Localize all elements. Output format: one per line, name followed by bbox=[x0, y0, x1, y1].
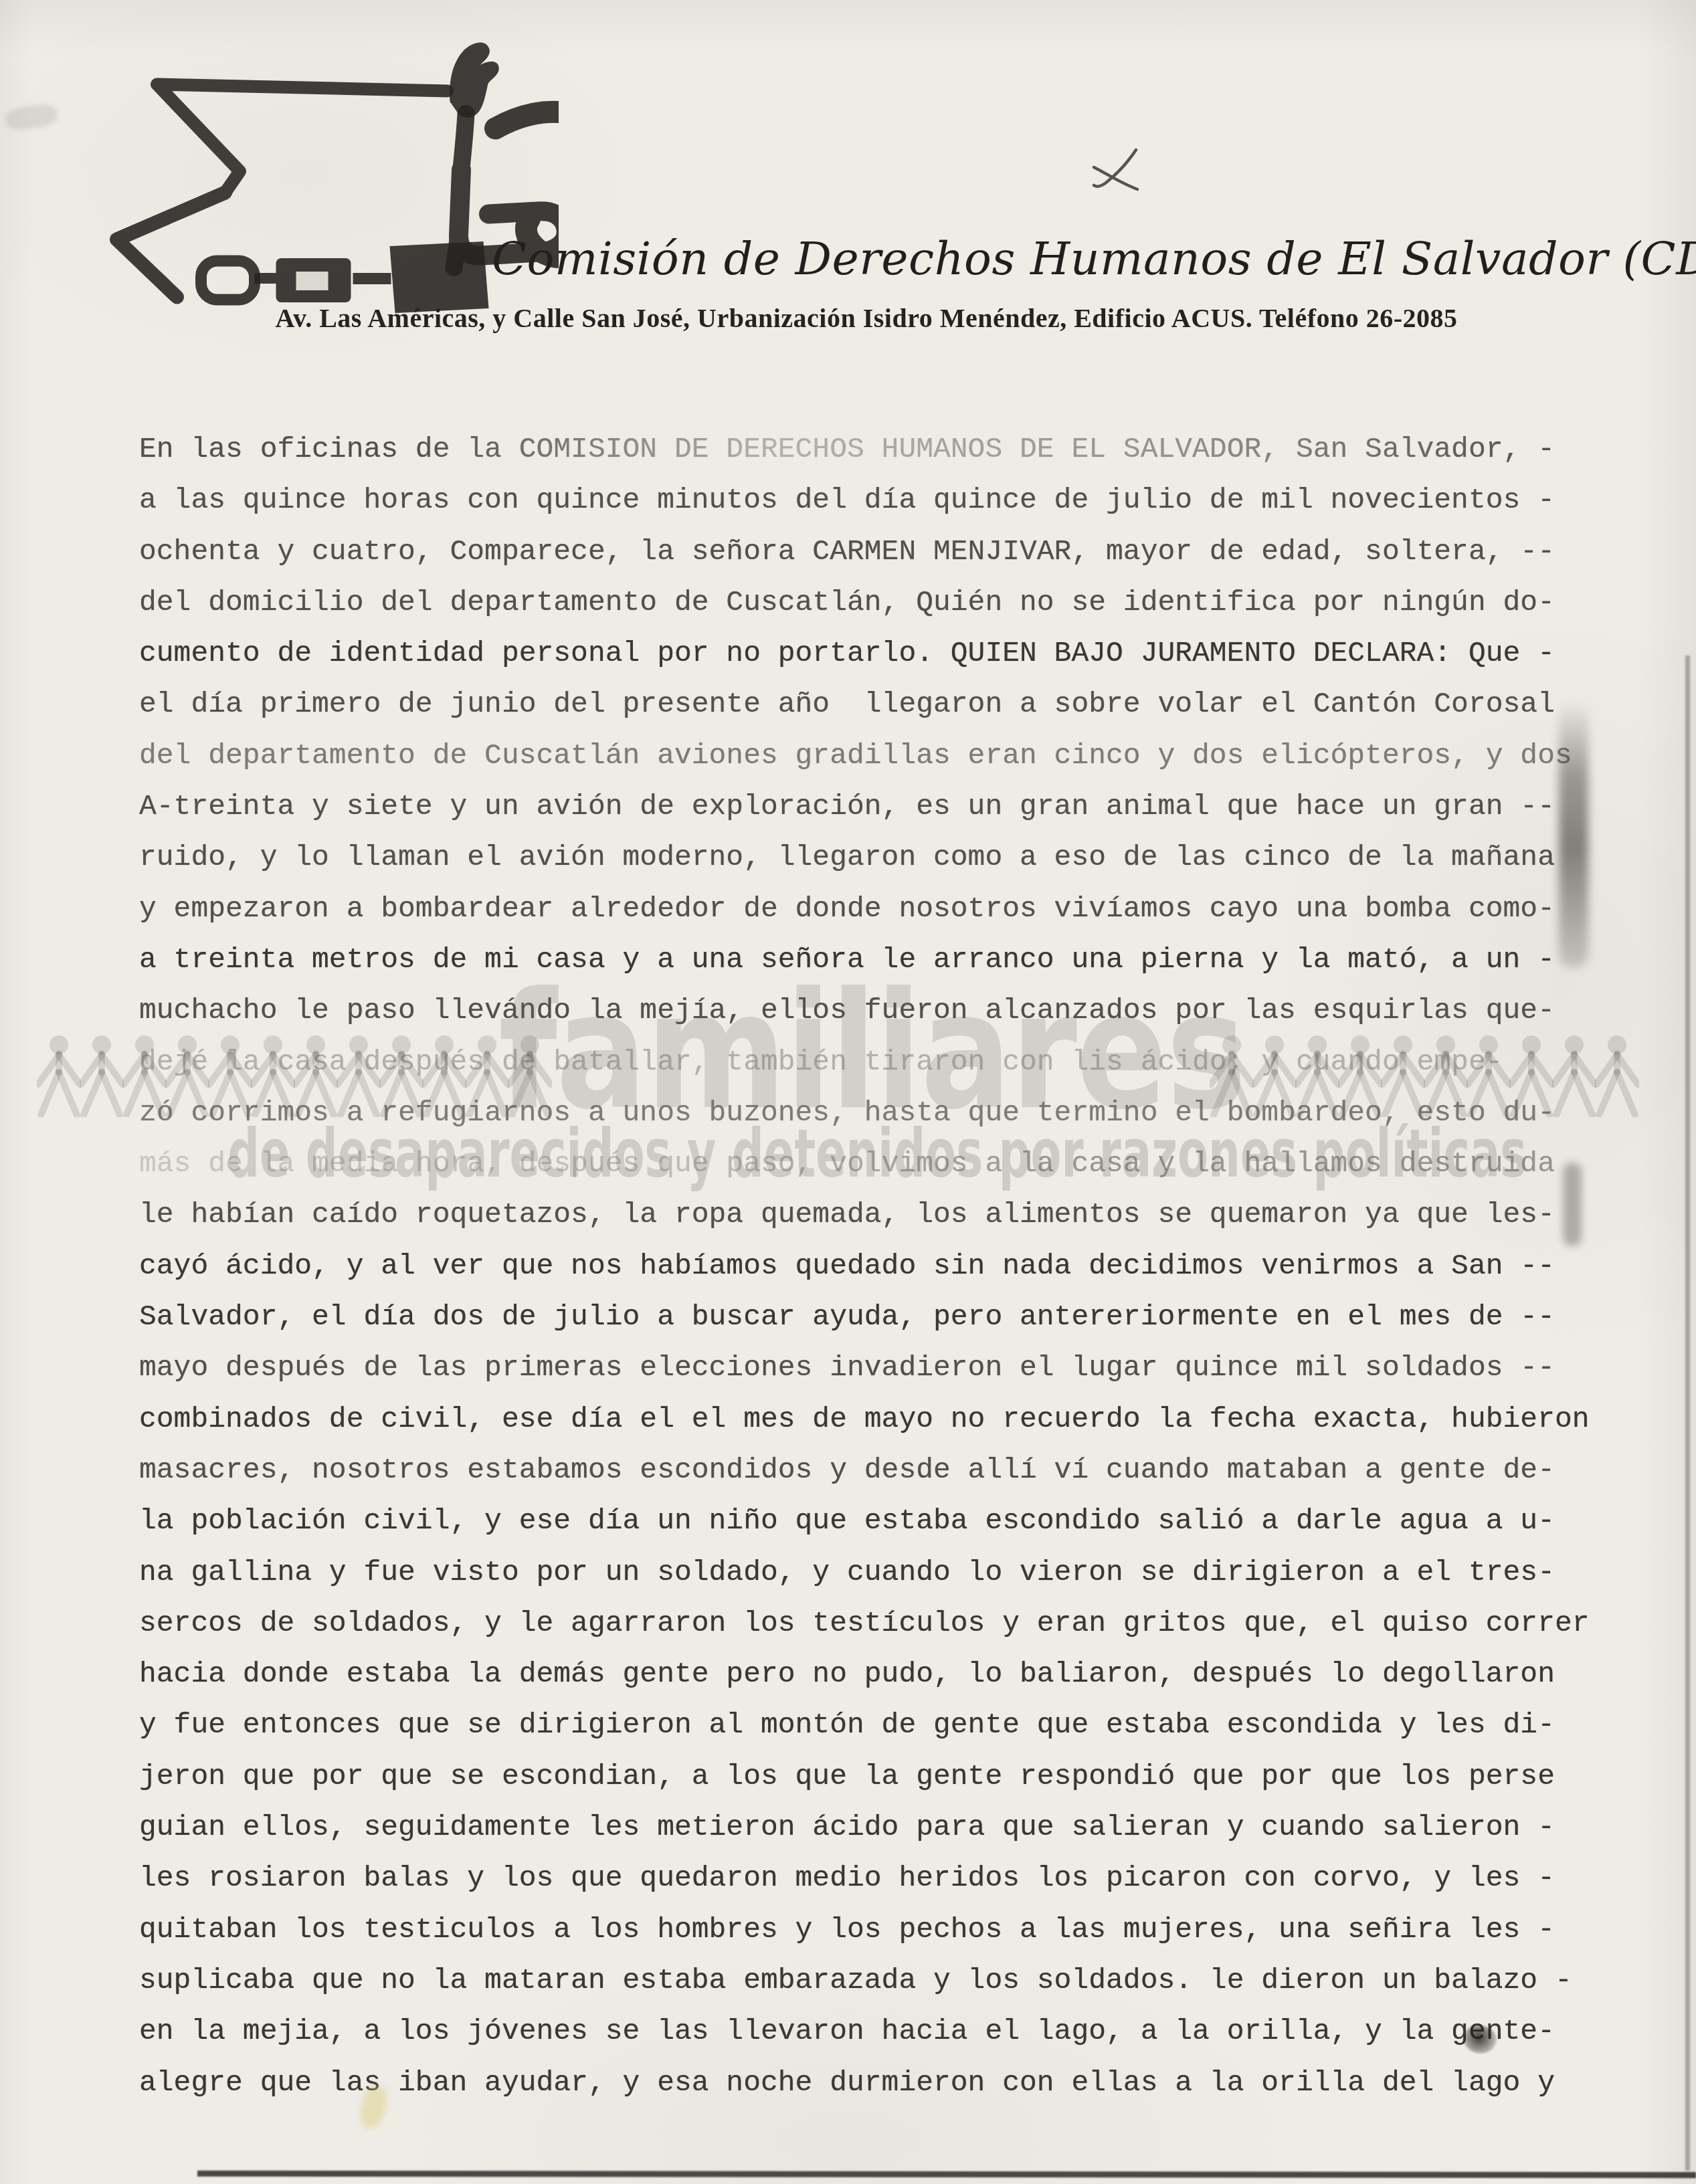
scan-bottom-line bbox=[197, 2171, 1696, 2178]
typed-line: del departamento de Cuscatlán aviones gr… bbox=[139, 730, 1651, 781]
typed-line: en la mejia, a los jóvenes se las llevar… bbox=[139, 2006, 1651, 2057]
paper-doll-chain-icon bbox=[37, 1033, 81, 1117]
declaration-text: En las oficinas de la COMISION DE DERECH… bbox=[139, 424, 1651, 2108]
typed-line: muchacho le paso llevándo la mejía, ello… bbox=[139, 985, 1651, 1036]
typed-line: ochenta y cuatro, Comparece, la señora C… bbox=[139, 526, 1651, 577]
typed-line: dejé la casa después de batallar, tambié… bbox=[139, 1037, 1651, 1088]
chain-link-hole bbox=[296, 272, 328, 290]
typed-line: y fue entonces que se dirigieron al mont… bbox=[139, 1700, 1651, 1751]
typed-line: na gallina y fue visto por un soldado, y… bbox=[139, 1547, 1651, 1598]
paper-doll-chain-icon bbox=[80, 1033, 124, 1117]
corner-smudge bbox=[4, 102, 59, 132]
typed-line: hacia donde estaba la demás gente pero n… bbox=[139, 1649, 1651, 1700]
dove-breaking-chains-logo bbox=[74, 37, 559, 318]
typed-line: guian ellos, seguidamente les metieron á… bbox=[139, 1802, 1651, 1853]
typed-line: cumento de identidad personal por no por… bbox=[139, 628, 1651, 679]
typed-line: más de la media hora, después que paso, … bbox=[139, 1138, 1651, 1189]
scan-edge-line bbox=[1685, 656, 1690, 2171]
typed-line: le habían caído roquetazos, la ropa quem… bbox=[139, 1189, 1651, 1240]
typed-line: A-treinta y siete y un avión de explorac… bbox=[139, 781, 1651, 832]
typed-line: ruido, y lo llaman el avión moderno, lle… bbox=[139, 832, 1651, 883]
pen-x-mark-icon bbox=[1089, 144, 1144, 199]
typed-line: del domicilio del departamento de Cuscat… bbox=[139, 577, 1651, 628]
typed-line: jeron que por que se escondian, a los qu… bbox=[139, 1751, 1651, 1802]
typed-line: sercos de soldados, y le agarraron los t… bbox=[139, 1598, 1651, 1649]
typed-line: la población civil, y ese día un niño qu… bbox=[139, 1496, 1651, 1547]
typed-line: En las oficinas de la COMISION DE DERECH… bbox=[139, 424, 1651, 475]
typed-line: y empezaron a bombardear alrededor de do… bbox=[139, 884, 1651, 934]
typed-line: cayó ácido, y al ver que nos habíamos qu… bbox=[139, 1241, 1651, 1292]
typed-line: les rosiaron balas y los que quedaron me… bbox=[139, 1853, 1651, 1904]
typed-line: quitaban los testiculos a los hombres y … bbox=[139, 1904, 1651, 1955]
typed-line: suplicaba que no la mataran estaba embar… bbox=[139, 1955, 1651, 2006]
typed-line: mayo después de las primeras elecciones … bbox=[139, 1343, 1651, 1393]
org-title: Comisión de Derechos Humanos de El Salva… bbox=[492, 233, 1669, 286]
typed-line: alegre que las iban ayudar, y esa noche … bbox=[139, 2058, 1651, 2108]
typed-line: combinados de civil, ese día el el mes d… bbox=[139, 1394, 1651, 1445]
org-address: Av. Las Américas, y Calle San José, Urba… bbox=[238, 302, 1495, 334]
typed-line: a treinta metros de mi casa y a una seño… bbox=[139, 934, 1651, 985]
typed-line: el día primero de junio del presente año… bbox=[139, 679, 1651, 730]
typed-line: masacres, nosotros estabamos escondidos … bbox=[139, 1445, 1651, 1496]
typed-line: a las quince horas con quince minutos de… bbox=[139, 475, 1651, 526]
scanned-document-page: Comisión de Derechos Humanos de El Salva… bbox=[0, 0, 1696, 2184]
typed-line: zó corrimos a refugiarnos a unos buzones… bbox=[139, 1088, 1651, 1138]
typed-line: Salvador, el día dos de julio a buscar a… bbox=[139, 1292, 1651, 1343]
